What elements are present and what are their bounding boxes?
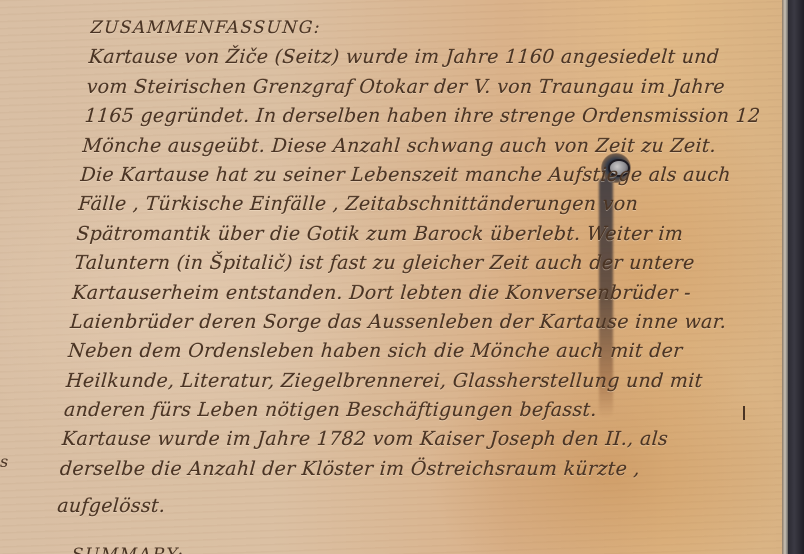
text-line: vom Steirischen Grenzgraf Otokar der V. … (86, 73, 768, 102)
text-line: Die Kartause hat zu seiner Lebenszeit ma… (79, 161, 761, 190)
text-line: anderen fürs Leben nötigen Beschäftigung… (63, 396, 745, 425)
text-line: Neben dem Ordensleben haben sich die Mön… (67, 337, 749, 366)
side-mark: s (0, 452, 12, 470)
text-line-last: aufgelösst. (56, 492, 738, 521)
text-line: 1165 gegründet. In derselben haben ihre … (84, 102, 766, 131)
text-line: Taluntern (in Špitalič) ist fast zu glei… (73, 249, 755, 278)
text-line: Kartause von Žiče (Seitz) wurde im Jahre… (88, 43, 770, 72)
text-line: Kartause wurde im Jahre 1782 vom Kaiser … (61, 425, 743, 454)
text-line: Laienbrüder deren Sorge das Aussenleben … (69, 308, 751, 337)
next-heading-partial: SUMMARY: (72, 542, 184, 554)
text-line: Spätromantik über die Gotik zum Barock ü… (75, 220, 757, 249)
text-line: Mönche ausgeübt. Diese Anzahl schwang au… (81, 132, 763, 161)
text-line: Fälle , Türkische Einfälle , Zeitabschni… (77, 190, 759, 219)
engraved-text: ZUSAMMENFASSUNG: Kartause von Žiče (Seit… (56, 14, 771, 522)
dark-frame (788, 0, 804, 554)
heading: ZUSAMMENFASSUNG: (90, 14, 772, 43)
text-line: derselbe die Anzahl der Klöster im Östre… (59, 455, 741, 484)
text-line: Kartauserheim entstanden. Dort lebten di… (71, 279, 753, 308)
text-line: Heilkunde, Literatur, Ziegelbrennerei, G… (65, 367, 747, 396)
